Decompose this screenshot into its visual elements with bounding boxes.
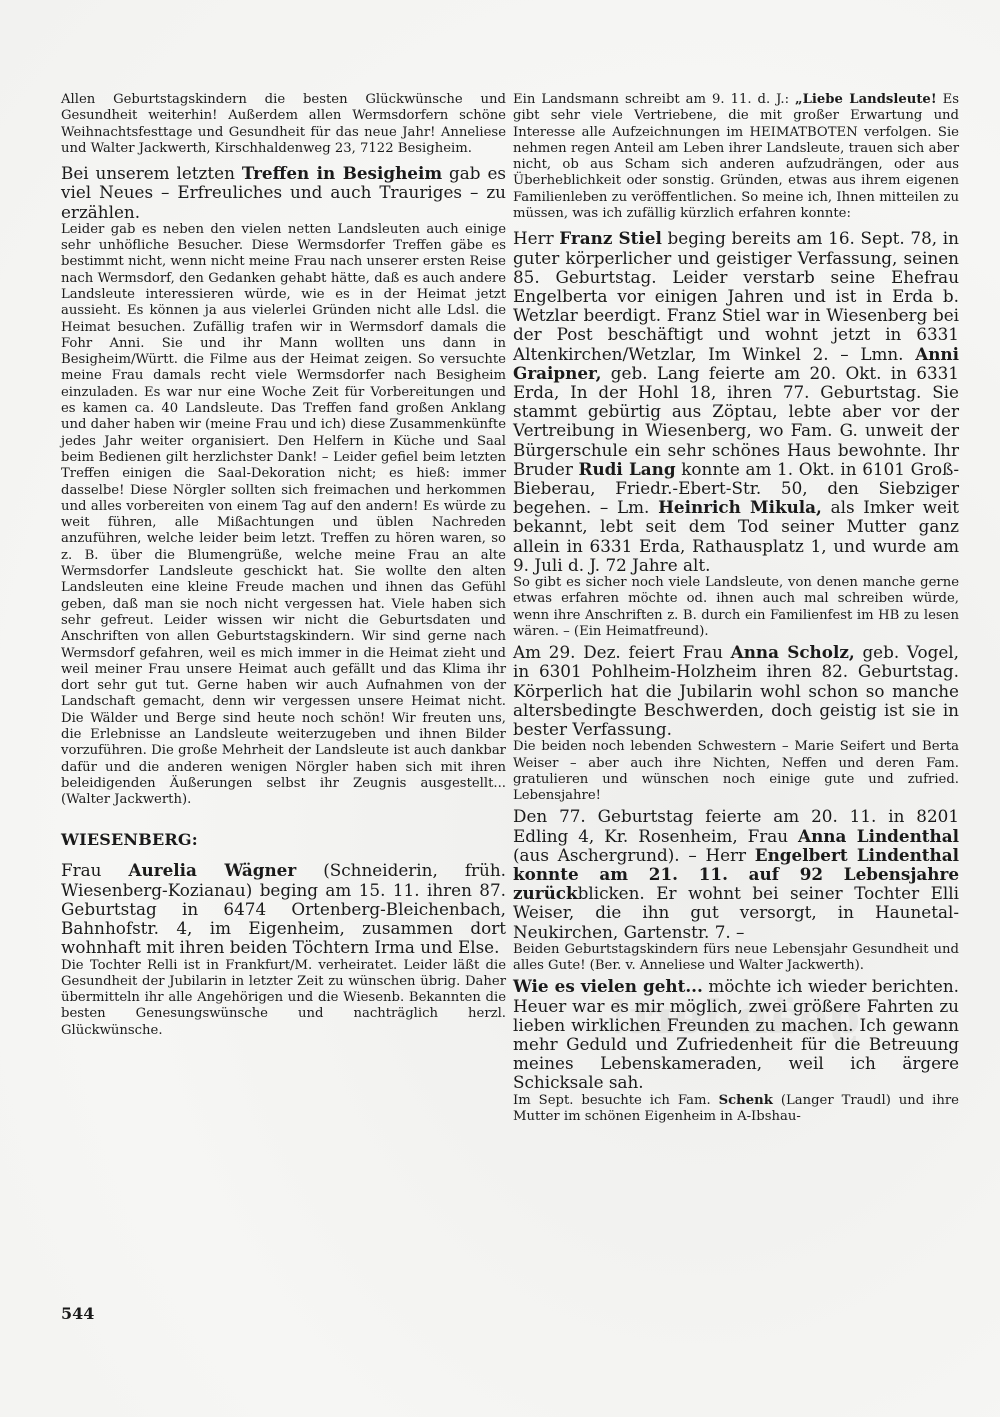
waegner-paragraph: Frau Aurelia Wägner (Schneiderin, früh. … (61, 861, 506, 957)
section-heading-wiesenberg: WIESENBERG: (61, 830, 506, 849)
bold-text: Aurelia Wägner (129, 860, 297, 880)
text-span: blicken. Er wohnt bei seiner Tochter Ell… (513, 883, 959, 941)
franz-stiel-paragraph: Herr Franz Stiel beging bereits am 16. S… (513, 229, 959, 575)
heimatfreund-paragraph: So gibt es sicher noch viele Landsleute,… (513, 575, 959, 640)
bold-text: Rudi Lang (579, 459, 676, 479)
text-span: (aus Aschergrund). – Herr (513, 845, 755, 865)
bold-text: Anna Scholz, (731, 642, 855, 662)
text-span: Herr (513, 228, 559, 248)
bold-text: Anna Lindenthal (798, 826, 959, 846)
bold-text: „Liebe Landsleute! (795, 92, 937, 107)
text-span: Ein Landsmann schreibt am 9. 11. d. J.: (513, 92, 795, 107)
treffen-intro-paragraph: Bei unserem letzten Treffen in Besigheim… (61, 164, 506, 222)
schwestern-paragraph: Die beiden noch lebenden Schwestern – Ma… (513, 739, 959, 804)
lindenthal-paragraph: Den 77. Geburtstag feierte am 20. 11. in… (513, 807, 959, 941)
text-span: Frau (61, 860, 129, 880)
treffen-body-paragraph: Leider gab es neben den vielen netten La… (61, 222, 506, 809)
bold-text: Schenk (719, 1093, 773, 1108)
bold-text: Treffen in Besigheim (242, 163, 442, 183)
congratulations-paragraph: Beiden Geburtstagskindern fürs neue Lebe… (513, 942, 959, 975)
left-column: Allen Geburtstagskindern die besten Glüc… (61, 92, 506, 1039)
landsmann-letter-paragraph: Ein Landsmann schreibt am 9. 11. d. J.: … (513, 92, 959, 222)
text-span: Im Sept. besuchte ich Fam. (513, 1093, 719, 1108)
document-page: geändert! Allen Geburtstagskindern die b… (0, 0, 1000, 1417)
bold-text: Heinrich Mikula, (658, 497, 822, 517)
greeting-paragraph: Allen Geburtstagskindern die besten Glüc… (61, 92, 506, 157)
wie-es-vielen-geht-paragraph: Wie es vielen geht... möchte ich wieder … (513, 977, 959, 1092)
page-number: 544 (61, 1304, 94, 1323)
relli-paragraph: Die Tochter Relli ist in Frankfurt/M. ve… (61, 958, 506, 1039)
schenk-paragraph: Im Sept. besuchte ich Fam. Schenk (Lange… (513, 1093, 959, 1126)
text-span: Es gibt sehr viele Vertriebene, die mit … (513, 92, 959, 221)
text-span: Am 29. Dez. feiert Frau (513, 642, 731, 662)
text-span: Bei unserem letzten (61, 163, 242, 183)
text-span: beging bereits am 16. Sept. 78, in guter… (513, 228, 959, 363)
bold-text: Wie es vielen geht... (513, 976, 703, 996)
bold-text: Franz Stiel (559, 228, 662, 248)
right-column: Ein Landsmann schreibt am 9. 11. d. J.: … (513, 92, 959, 1125)
anna-scholz-paragraph: Am 29. Dez. feiert Frau Anna Scholz, geb… (513, 643, 959, 739)
